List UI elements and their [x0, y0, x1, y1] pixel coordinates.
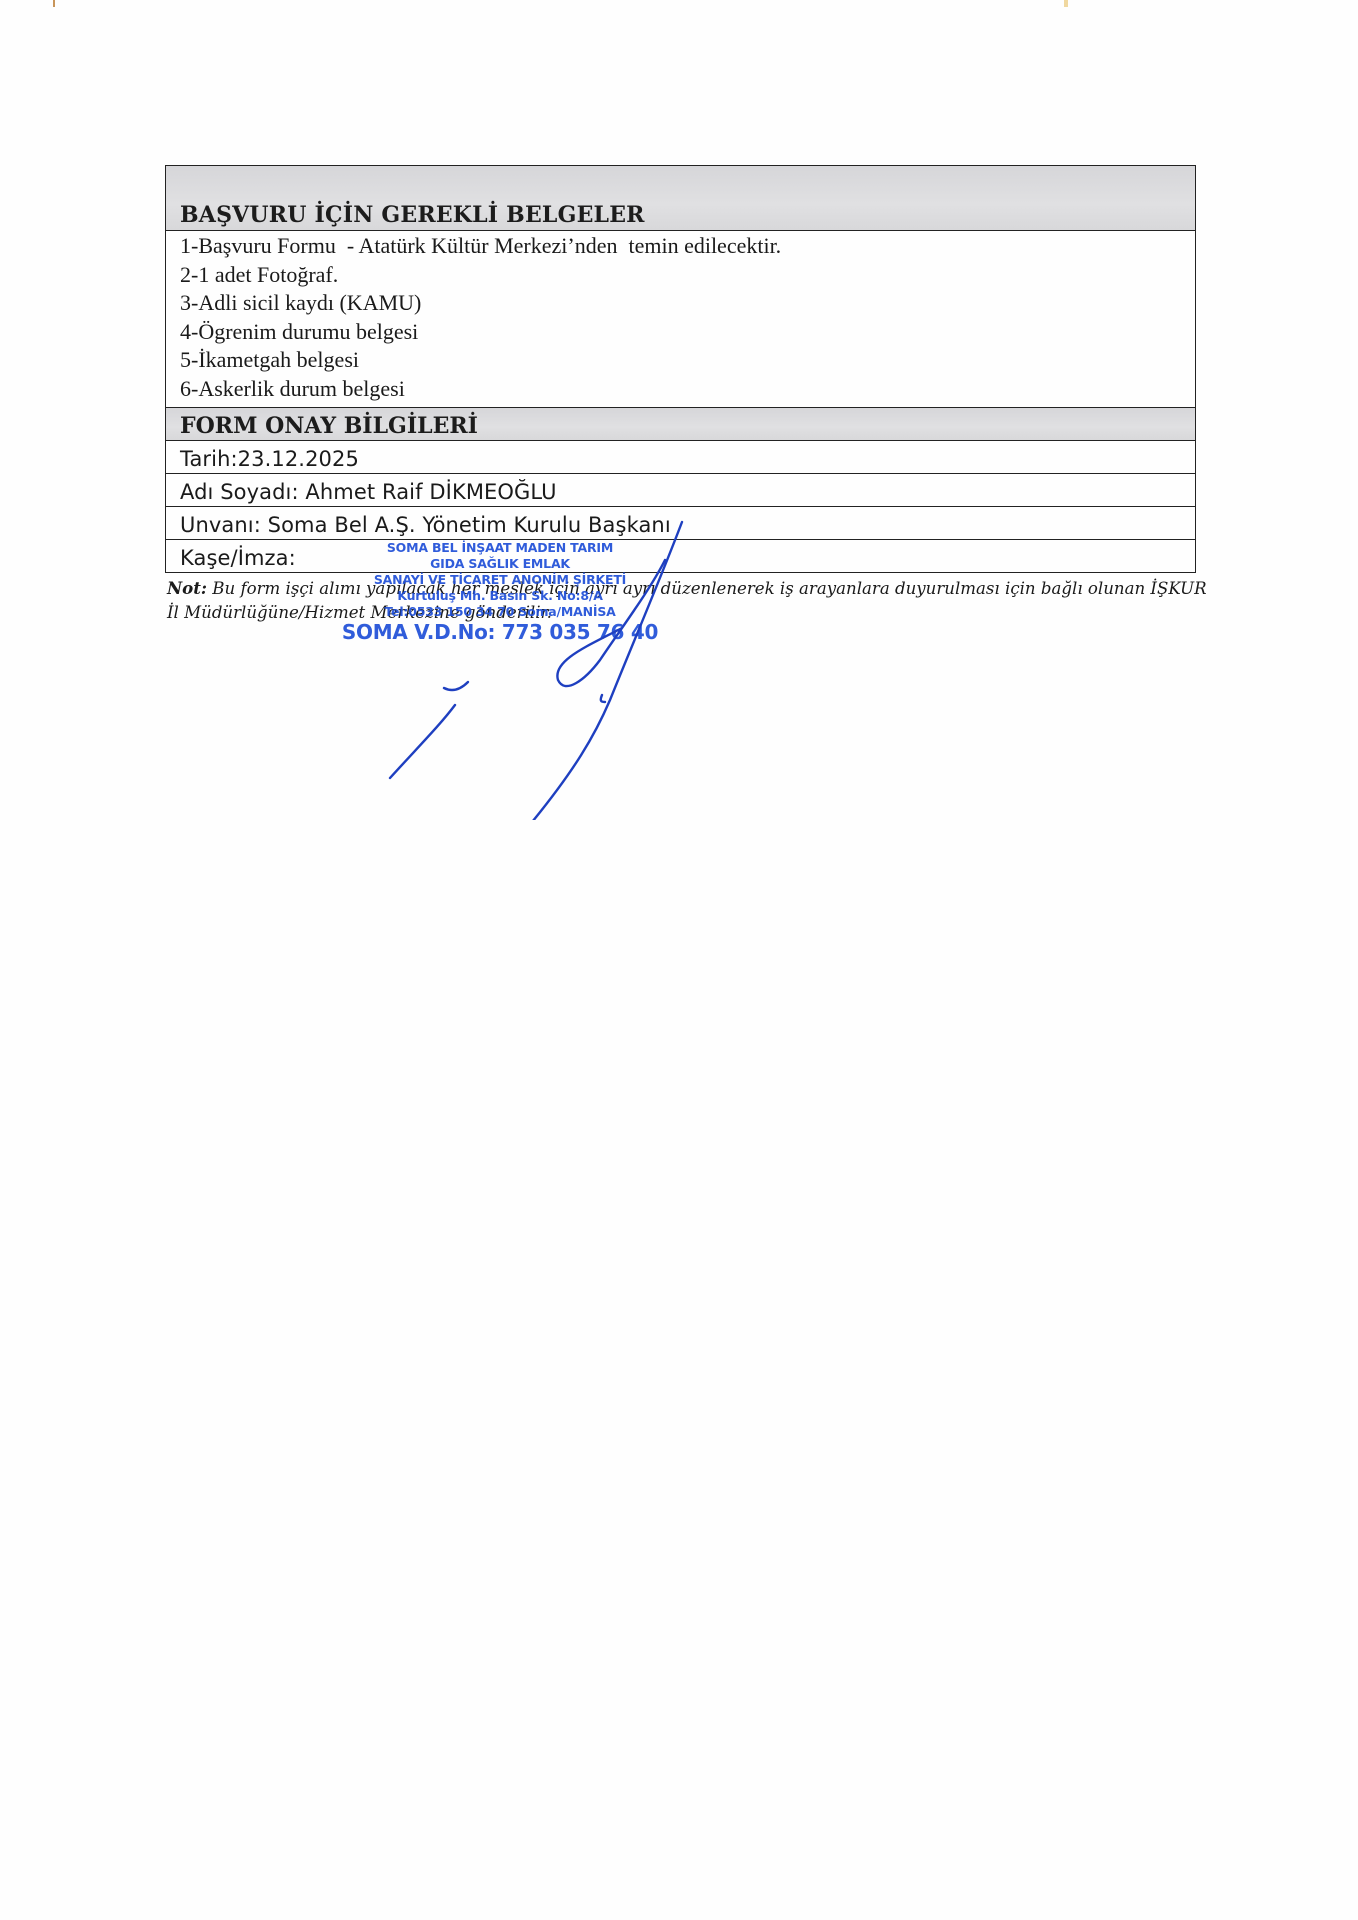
list-item: 6-Askerlik durum belgesi [180, 375, 1195, 404]
note-text: Not: Bu form işçi alımı yapılacak her me… [167, 576, 1207, 625]
stamp-signature-row: Kaşe/İmza: [166, 540, 1195, 572]
list-item: 5-İkametgah belgesi [180, 346, 1195, 375]
scan-edge-mark [53, 0, 55, 7]
name-row: Adı Soyadı: Ahmet Raif DİKMEOĞLU [166, 474, 1195, 507]
form-approval-header: FORM ONAY BİLGİLERİ [166, 407, 1195, 441]
document-page: BAŞVURU İÇİN GEREKLİ BELGELER 1-Başvuru … [0, 0, 1358, 1920]
list-item: 2-1 adet Fotoğraf. [180, 261, 1195, 290]
note-body: Bu form işçi alımı yapılacak her meslek … [167, 579, 1207, 622]
title-row: Unvanı: Soma Bel A.Ş. Yönetim Kurulu Baş… [166, 507, 1195, 540]
date-row: Tarih:23.12.2025 [166, 441, 1195, 474]
form-table: BAŞVURU İÇİN GEREKLİ BELGELER 1-Başvuru … [165, 165, 1196, 573]
list-item: 4-Ögrenim durumu belgesi [180, 318, 1195, 347]
list-item: 1-Başvuru Formu - Atatürk Kültür Merkezi… [180, 232, 1195, 261]
required-documents-list: 1-Başvuru Formu - Atatürk Kültür Merkezi… [166, 231, 1195, 407]
note-label: Not: [167, 578, 207, 598]
scan-edge-mark [1064, 0, 1068, 7]
list-item: 3-Adli sicil kaydı (KAMU) [180, 289, 1195, 318]
required-documents-header: BAŞVURU İÇİN GEREKLİ BELGELER [166, 166, 1195, 231]
